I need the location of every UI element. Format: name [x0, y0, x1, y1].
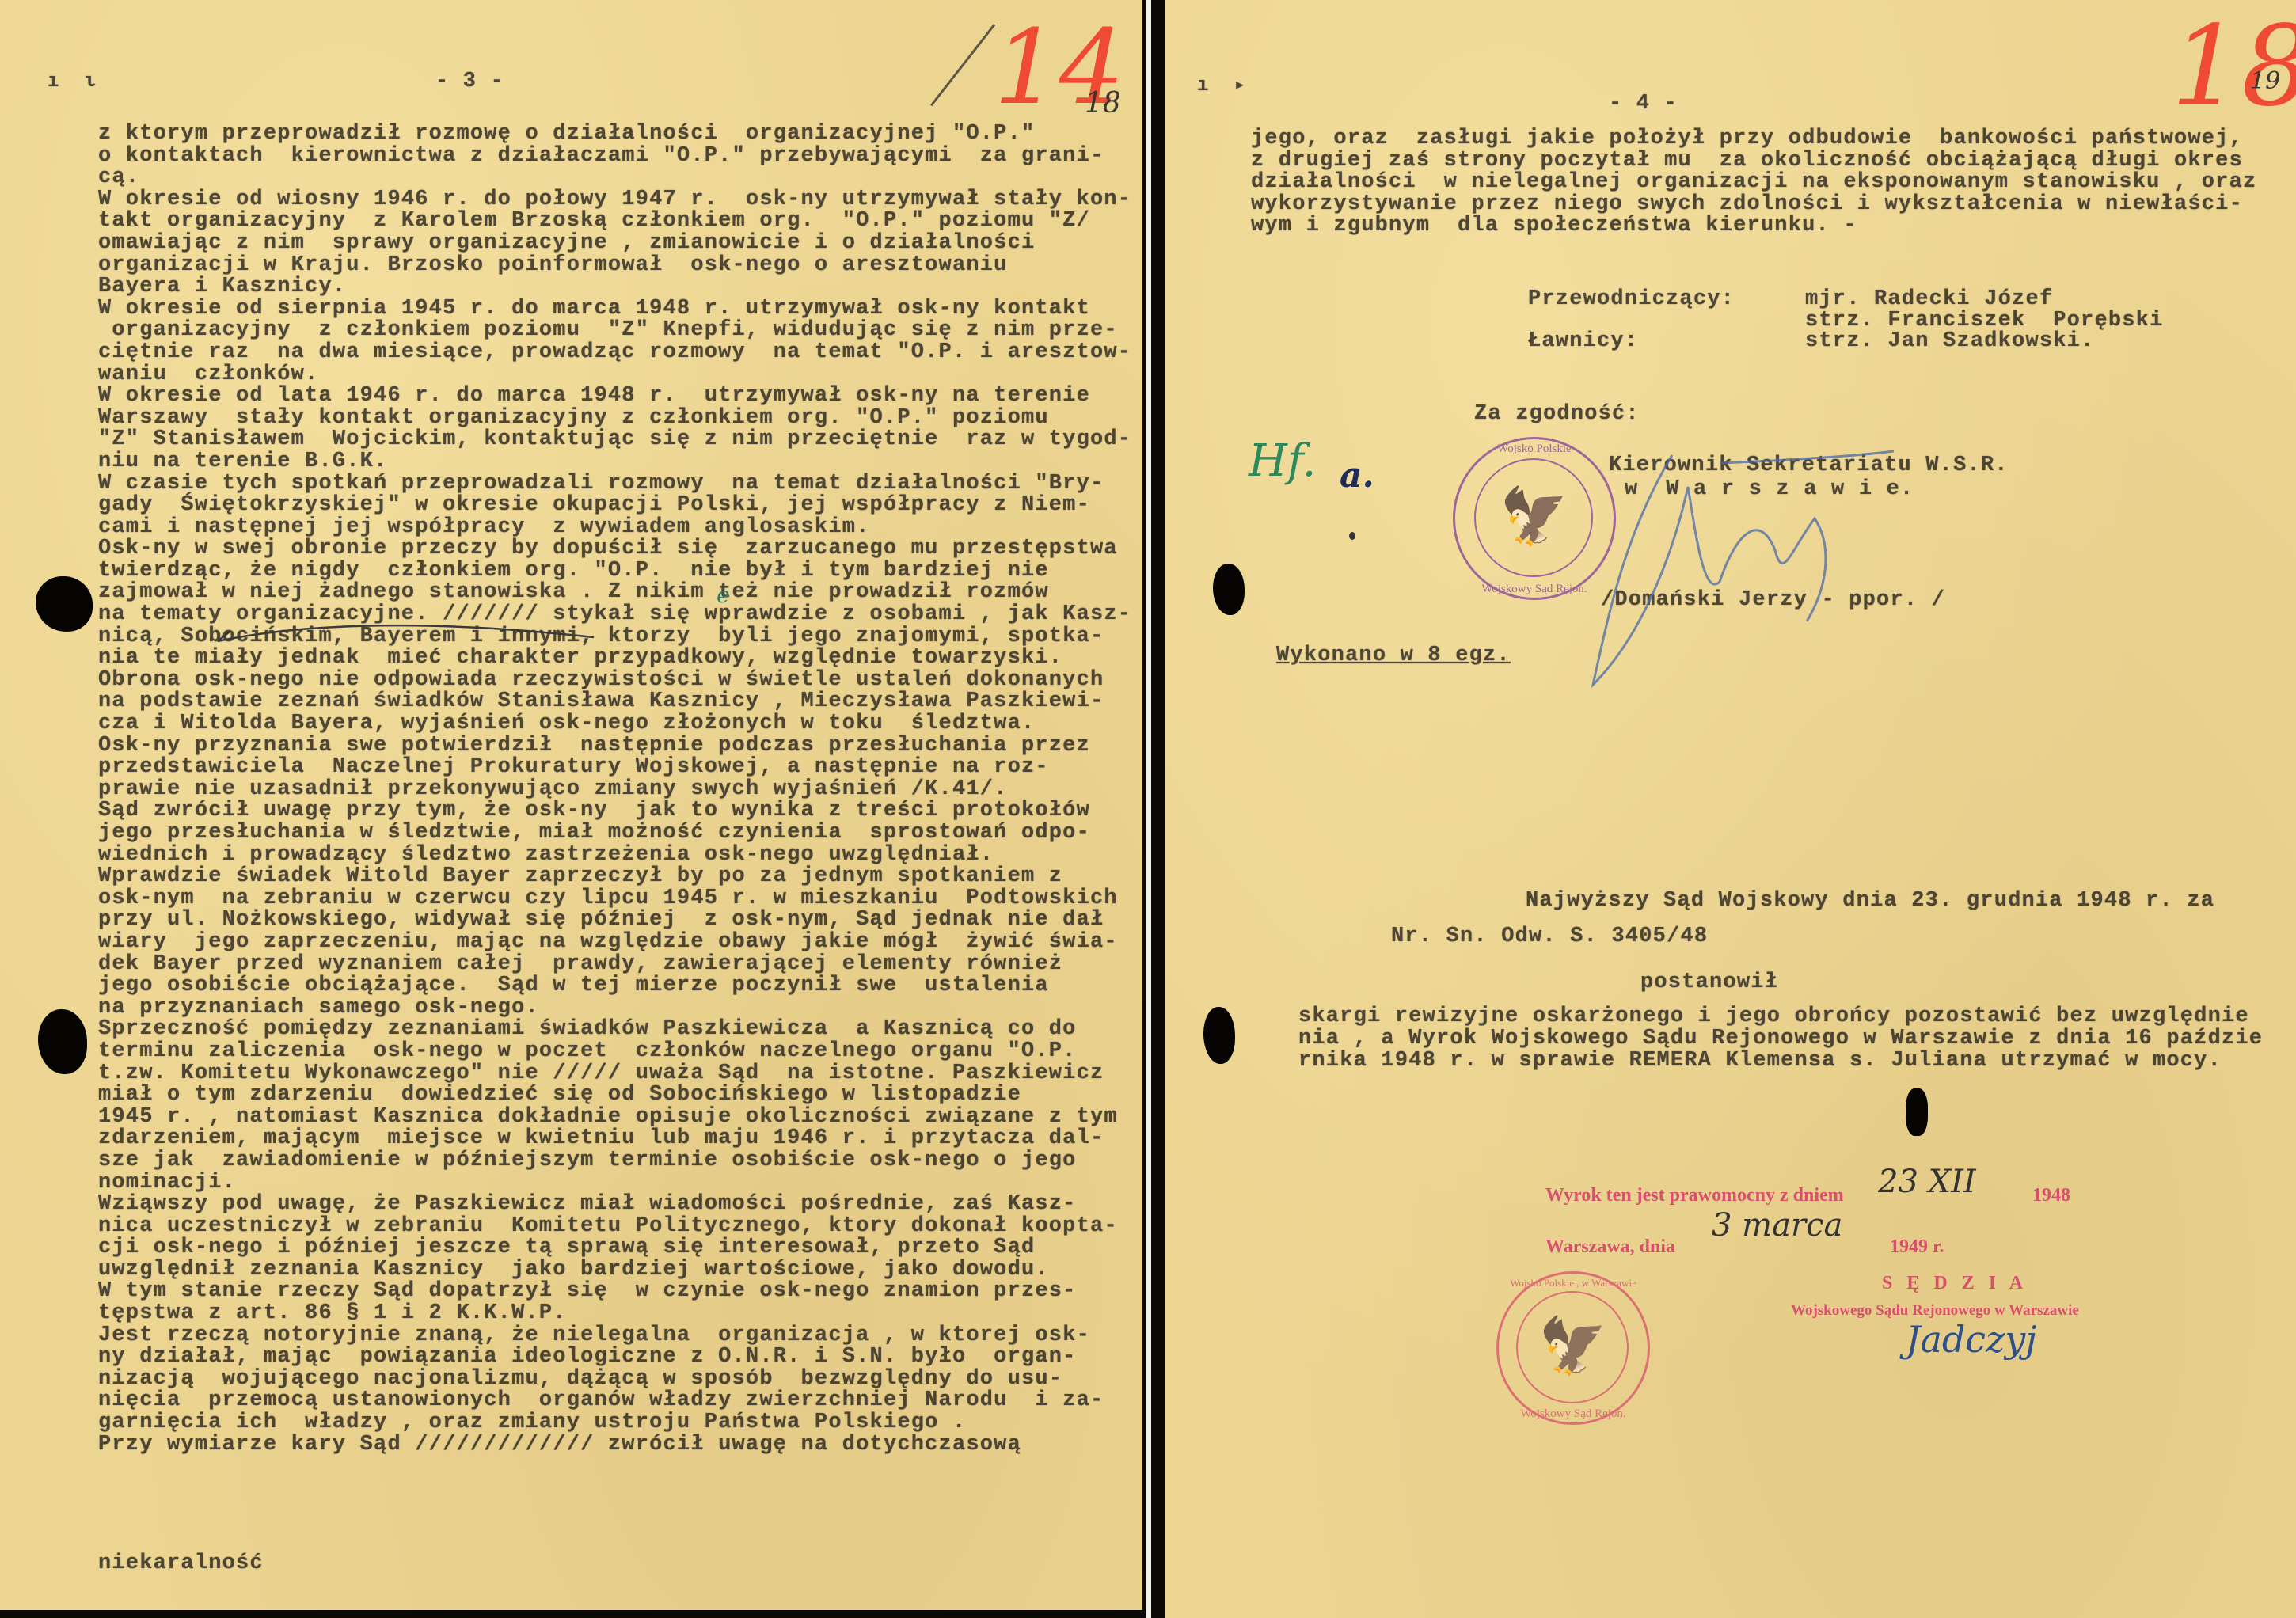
body-text: jego, oraz zasługi jakie położył przy od… — [1251, 128, 2256, 237]
text-line: przedstawiciela Naczelnej Prokuratury Wo… — [98, 757, 1131, 779]
text-line: twierdząc, że nigdy członkiem org. "O.P.… — [98, 560, 1131, 583]
chair-name: mjr. Radecki Józef — [1805, 289, 2053, 311]
body-text: z ktorym przeprowadził rozmowę o działal… — [98, 123, 1131, 1456]
text-line: Obrona osk-nego nie odpowiada rzeczywist… — [98, 670, 1131, 692]
punch-hole — [1906, 1088, 1928, 1136]
text-line: W okresie od lata 1946 r. do marca 1948 … — [98, 386, 1131, 408]
text-line: wym i zgubnym dla społeczeństwa kierunku… — [1251, 215, 2256, 237]
supreme-court-line-1: Najwyższy Sąd Wojskowy dnia 23. grudnia … — [1526, 891, 2214, 913]
punch-hole — [1203, 1007, 1235, 1064]
judge-signature: Jadczyj — [1906, 1318, 2037, 1361]
handwritten-correction: e — [717, 582, 730, 608]
page-gutter — [1146, 0, 1151, 1618]
punch-hole — [36, 576, 93, 632]
text-line: nica uczestniczył w zebraniu Komitetu Po… — [98, 1216, 1131, 1238]
ruling-line-3: rnika 1948 r. w sprawie REMERA Klemensa … — [1298, 1050, 2222, 1073]
text-line: W tym stanie rzeczy Sąd dopatrzył się w … — [98, 1281, 1131, 1303]
text-line: przy ul. Nożkowskiego, widywał się późni… — [98, 910, 1131, 932]
text-line: ny działał, mając powiązania ideologiczn… — [98, 1346, 1131, 1369]
text-line: niu na terenie B.G.K. — [98, 451, 1131, 473]
text-line: nizacją wojującego nacjonalizmu, dążącą … — [98, 1369, 1131, 1391]
text-line: ciętnie raz na dwa miesiące, prowadząc r… — [98, 342, 1131, 364]
text-line: garnięcia ich władzy , oraz zmiany ustro… — [98, 1412, 1131, 1434]
text-line: t.zw. Komitetu Wykonawczego" nie ///// u… — [98, 1063, 1131, 1085]
text-line: nominacji. — [98, 1172, 1131, 1195]
text-line: wykorzystywanie przez niego swych zdolno… — [1251, 194, 2256, 216]
corner-marks: ı ▸ — [1197, 75, 1246, 97]
text-line: Osk-ny przyznania swe potwierdził następ… — [98, 735, 1131, 758]
certification-label: Za zgodność: — [1474, 404, 1640, 426]
text-line: Osk-ny w swej obronie przeczy by dopuści… — [98, 538, 1131, 560]
copies-note: Wykonano w 8 egz. — [1276, 645, 1511, 667]
text-line: zajmował w niej żadnego stanowiska . Z n… — [98, 582, 1131, 604]
judge-title: S Ę D Z I A — [1882, 1273, 2028, 1294]
judge-court: Wojskowego Sądu Rejonowego w Warszawie — [1791, 1302, 2079, 1320]
issue-date-handwritten: 3 marca — [1712, 1207, 1842, 1244]
text-line: cami i następnej jej współpracy z wywiad… — [98, 517, 1131, 539]
finality-year: 1948 — [2032, 1185, 2070, 1206]
text-line: Sprzeczność pomiędzy zeznaniami świadków… — [98, 1019, 1131, 1041]
text-line: Wziąwszy pod uwagę, że Paszkiewicz miał … — [98, 1194, 1131, 1216]
handwritten-arrow — [214, 617, 610, 649]
eagle-emblem-icon: 🦅 — [1500, 484, 1568, 553]
handwritten-signature — [1577, 439, 1910, 701]
text-line: Sąd zwrócił uwagę przy tym, że osk-ny ja… — [98, 800, 1131, 822]
page-number-marker: - 4 - — [1609, 93, 1678, 116]
text-line: o kontaktach kierownictwa z działaczami … — [98, 146, 1131, 168]
folio-number-pencil: 19 — [2250, 67, 2280, 95]
text-line: działalności w nielegalnej organizacji n… — [1251, 172, 2256, 194]
folio-strike-line — [930, 24, 995, 106]
text-line: Jest rzeczą notoryjnie znaną, że nielega… — [98, 1325, 1131, 1347]
chair-label: Przewodniczący: — [1528, 289, 1735, 311]
text-line: cą. — [98, 167, 1131, 189]
text-line: uwzględnił zeznania Kasznicy jako bardzi… — [98, 1259, 1131, 1282]
punch-hole — [38, 1009, 87, 1074]
text-line: miał o tym zdarzeniu dowiedzieć się od S… — [98, 1084, 1131, 1107]
text-line: jego osobiście obciążające. Sąd w tej mi… — [98, 975, 1131, 997]
text-line: jego przesłuchania w śledztwie, miał moż… — [98, 822, 1131, 845]
text-line: zdarzeniem, mającym miejsce w kwietniu l… — [98, 1128, 1131, 1150]
initials-green: Hf. — [1249, 435, 1316, 487]
assessors-label: Ławnicy: — [1528, 331, 1638, 353]
finality-date-handwritten: 23 XII — [1878, 1164, 1976, 1200]
text-line: na przyznaniach samego osk-nego. — [98, 997, 1131, 1020]
text-line: z drugiej zaś strony poczytał mu za okol… — [1251, 150, 2256, 173]
corner-marks: ı ι — [48, 71, 97, 93]
ruling-heading: postanowił — [1640, 972, 1778, 994]
text-line: z ktorym przeprowadził rozmowę o działal… — [98, 123, 1131, 146]
ruling-line-1: skargi rewizyjne oskarżonego i jego obro… — [1298, 1006, 2249, 1028]
finality-stamp-line-2: Warszawa, dnia — [1545, 1236, 1675, 1258]
text-line: W czasie tych spotkań przeprowadzali roz… — [98, 473, 1131, 496]
text-line: Bayera i Kasznicy. — [98, 276, 1131, 298]
text-line: 1945 r. , natomiast Kasznica dokładnie o… — [98, 1107, 1131, 1129]
text-line: dek Bayer przed wyznaniem całej prawdy, … — [98, 954, 1131, 976]
text-line: Przy wymiarze kary Sąd ///////////// zwr… — [98, 1434, 1131, 1457]
text-line: nia te miały jednak mieć charakter przyp… — [98, 648, 1131, 670]
ruling-line-2: nia , a Wyrok Wojskowego Sądu Rejonowego… — [1298, 1028, 2263, 1050]
closing-line: niekaralność — [98, 1553, 264, 1575]
issue-year: 1949 r. — [1890, 1236, 1944, 1258]
text-line: organizacyjny z członkiem poziomu "Z" Kn… — [98, 320, 1131, 342]
text-line: prawie nie uzasadnił przekonywująco zmia… — [98, 779, 1131, 801]
text-line: gady Świętokrzyskiej" w okresie okupacji… — [98, 495, 1131, 517]
red-court-seal: 🦅 Wojsko Polskie , w Warszawie Wojskowy … — [1496, 1271, 1650, 1425]
text-line: waniu członków. — [98, 364, 1131, 386]
dot-mark — [1349, 532, 1355, 540]
text-line: takt organizacyjny z Karolem Brzoską czł… — [98, 211, 1131, 233]
text-line: W okresie od wiosny 1946 r. do połowy 19… — [98, 189, 1131, 211]
text-line: Warszawy stały kontakt organizacyjny z c… — [98, 408, 1131, 430]
text-line: na podstawie zeznań świadków Stanisława … — [98, 691, 1131, 713]
finality-stamp-line-1: Wyrok ten jest prawomocny z dniem — [1545, 1185, 1844, 1206]
folio-number-pencil: 18 — [1085, 87, 1121, 120]
text-line: jego, oraz zasługi jakie położył przy od… — [1251, 128, 2256, 150]
text-line: "Z" Stanisławem Wojcickim, kontaktując s… — [98, 429, 1131, 451]
text-line: sze jak zawiadomienie w późniejszym term… — [98, 1150, 1131, 1172]
text-line: tępstwa z art. 86 § 1 i 2 K.K.W.P. — [98, 1303, 1131, 1325]
text-line: cji osk-nego i później jeszcze tą sprawą… — [98, 1237, 1131, 1259]
initials-blue: a. — [1340, 455, 1374, 496]
text-line: omawiając z nim sprawy organizacyjne , z… — [98, 233, 1131, 255]
text-line: nięcia przemocą ustanowionych organów wł… — [98, 1390, 1131, 1412]
text-line: organizacji w Kraju. Brzosko poinformowa… — [98, 255, 1131, 277]
document-page-3: ı ι - 3 - 14 18 z ktorym przeprowadził r… — [0, 0, 1142, 1610]
punch-hole — [1213, 564, 1245, 615]
eagle-emblem-icon: 🦅 — [1538, 1314, 1607, 1382]
text-line: osk-nym na zebraniu w czerwcu czy lipcu … — [98, 888, 1131, 910]
text-line: cza i Witolda Bayera, wyjaśnień osk-nego… — [98, 713, 1131, 735]
page-number-marker: - 3 - — [435, 71, 504, 93]
text-line: wiednich i prowadzący śledztwo zastrzeże… — [98, 845, 1131, 867]
text-line: terminu zaliczenia osk-nego w poczet czł… — [98, 1041, 1131, 1063]
text-line: wiary jego zaprzeczeniu, mając na względ… — [98, 932, 1131, 954]
text-line: Wprawdzie świadek Witold Bayer zaprzeczy… — [98, 866, 1131, 888]
text-line: W okresie od sierpnia 1945 r. do marca 1… — [98, 298, 1131, 321]
assessor-2: strz. Jan Szadkowski. — [1805, 331, 2094, 353]
case-number: Nr. Sn. Odw. S. 3405/48 — [1391, 926, 1708, 948]
document-page-4: ı ▸ - 4 - 18 19 jego, oraz zasługi jakie… — [1165, 0, 2296, 1618]
